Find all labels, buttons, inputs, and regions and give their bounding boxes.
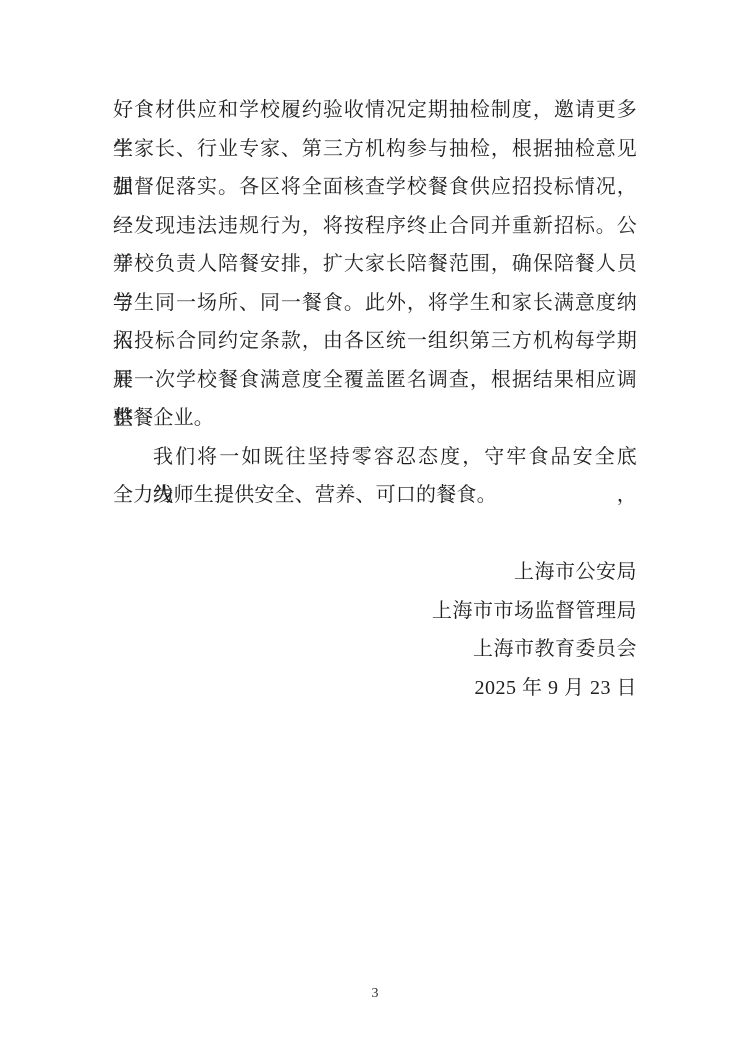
body-line: 经发现违法违规行为，将按程序终止合同并重新招标。公开 (113, 207, 637, 246)
signature-block: 上海市公安局 上海市市场监督管理局 上海市教育委员会 2025 年 9 月 23… (113, 553, 637, 707)
signature-org-line: 上海市教育委员会 (113, 630, 637, 669)
body-line: 生家长、行业专家、第三方机构参与抽检，根据抽检意见加 (113, 130, 637, 169)
body-line paragraph-end-line: 供餐企业。 (113, 399, 637, 438)
body-line: 强督促落实。各区将全面核查学校餐食供应招投标情况，一 (113, 168, 637, 207)
body-line paragraph-indent-line: 我们将一如既往坚持零容忍态度，守牢食品安全底线， (113, 438, 637, 477)
page-number: 3 (0, 984, 750, 1004)
signature-org-line: 上海市市场监督管理局 (113, 592, 637, 631)
body-line: 学校负责人陪餐安排，扩大家长陪餐范围，确保陪餐人员与 (113, 245, 637, 284)
signature-org-line: 上海市公安局 (113, 553, 637, 592)
body-line: 招投标合同约定条款，由各区统一组织第三方机构每学期开 (113, 322, 637, 361)
body-line: 展一次学校餐食满意度全覆盖匿名调查，根据结果相应调整 (113, 361, 637, 400)
body-line: 好食材供应和学校履约验收情况定期抽检制度，邀请更多学 (113, 91, 637, 130)
body-line: 学生同一场所、同一餐食。此外，将学生和家长满意度纳入 (113, 284, 637, 323)
document-page: 好食材供应和学校履约验收情况定期抽检制度，邀请更多学 生家长、行业专家、第三方机… (0, 0, 750, 1062)
signature-date-line: 2025 年 9 月 23 日 (113, 669, 637, 708)
document-body: 好食材供应和学校履约验收情况定期抽检制度，邀请更多学 生家长、行业专家、第三方机… (113, 91, 637, 707)
